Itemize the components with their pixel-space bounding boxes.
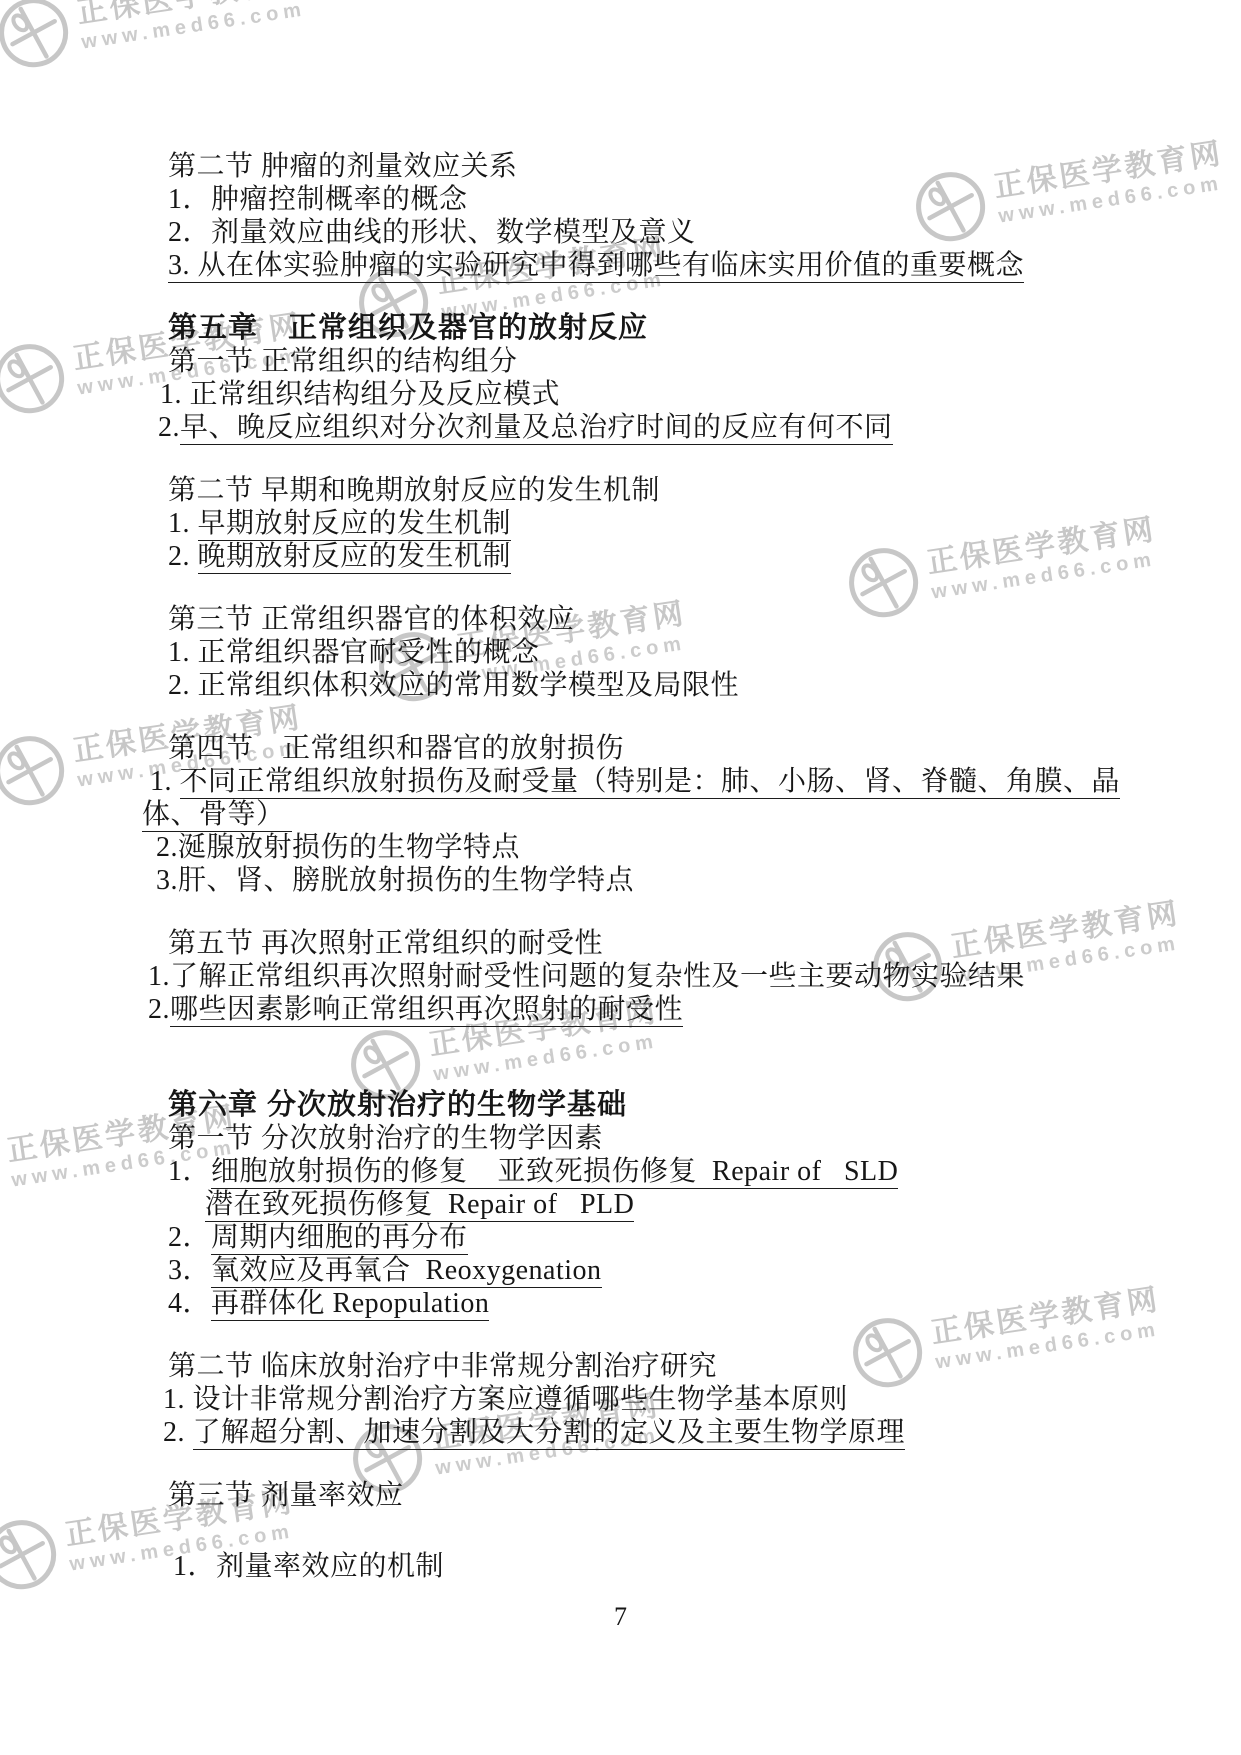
line-text: 早期放射反应的发生机制	[198, 508, 512, 541]
document-lines: 第二节 肿瘤的剂量效应关系1．肿瘤控制概率的概念2．剂量效应曲线的形状、数学模型…	[0, 0, 1241, 1583]
document-page: 正保医学教育网www.med66.com 正保医学教育网www.med66.co…	[0, 0, 1241, 1755]
line-text: 剂量率效应的机制	[216, 1551, 444, 1582]
toc-item: 2.哪些因素影响正常组织再次照射的耐受性	[148, 993, 1201, 1026]
line-text: 涎腺放射损伤的生物学特点	[178, 832, 520, 863]
item-number: 2.	[158, 412, 180, 443]
section-heading: 第三节 正常组织器官的体积效应	[168, 603, 1201, 636]
line-text: 早、晚反应组织对分次剂量及总治疗时间的反应有何不同	[180, 412, 893, 445]
paragraph-gap	[168, 702, 1201, 732]
toc-item: 体、骨等）	[142, 798, 1201, 831]
line-text: 第二节 早期和晚期放射反应的发生机制	[168, 475, 660, 506]
line-text: 不同正常组织放射损伤及耐受量（特别是：肺、小肠、肾、脊髓、角膜、晶	[180, 766, 1121, 799]
line-text: 第二节 临床放射治疗中非常规分割治疗研究	[168, 1351, 717, 1382]
line-text: 晚期放射反应的发生机制	[198, 541, 512, 574]
item-number: 2.	[163, 1417, 193, 1448]
toc-item: 1. 正常组织结构组分及反应模式	[160, 378, 1201, 411]
line-text: 体、骨等）	[142, 799, 292, 832]
line-text: 肝、肾、膀胱放射损伤的生物学特点	[178, 865, 634, 896]
line-text: 正常组织器官耐受性的概念	[198, 637, 540, 668]
item-number: 2．	[168, 217, 211, 248]
line-text: 第六章 分次放射治疗的生物学基础	[168, 1089, 627, 1121]
line-text: 3. 从在体实验肿瘤的实验研究中得到哪些有临床实用价值的重要概念	[168, 250, 1024, 283]
item-number: 1．	[168, 184, 211, 215]
line-text: 氧效应及再氧合 Reoxygenation	[211, 1255, 602, 1288]
item-number: 2.	[168, 541, 198, 572]
toc-item: 4．再群体化 Repopulation	[168, 1287, 1201, 1320]
chapter-heading: 第五章 正常组织及器官的放射反应	[168, 312, 1201, 345]
item-number: 1.	[168, 637, 198, 668]
line-text: 第二节 肿瘤的剂量效应关系	[168, 151, 518, 182]
line-text: 第五节 再次照射正常组织的耐受性	[168, 928, 603, 959]
item-number: 1.	[160, 379, 190, 410]
line-text: 正常组织体积效应的常用数学模型及局限性	[198, 670, 740, 701]
line-text: 周期内细胞的再分布	[211, 1222, 468, 1255]
section-heading: 第二节 临床放射治疗中非常规分割治疗研究	[168, 1350, 1201, 1383]
line-text: 第四节 正常组织和器官的放射损伤	[168, 733, 624, 764]
line-text: 潜在致死损伤修复 Repair of PLD	[205, 1189, 634, 1222]
item-number: 2．	[168, 1222, 211, 1253]
toc-item: 1．肿瘤控制概率的概念	[168, 183, 1201, 216]
item-number: 1.	[150, 766, 180, 797]
toc-item: 2. 了解超分割、加速分割及大分割的定义及主要生物学原理	[163, 1416, 1201, 1449]
toc-item: 2. 正常组织体积效应的常用数学模型及局限性	[168, 669, 1201, 702]
toc-item: 2．剂量效应曲线的形状、数学模型及意义	[168, 216, 1201, 249]
toc-item: 1．剂量率效应的机制	[173, 1550, 1201, 1583]
section-heading: 第二节 早期和晚期放射反应的发生机制	[168, 474, 1201, 507]
toc-item: 2. 晚期放射反应的发生机制	[168, 540, 1201, 573]
toc-item: 2.早、晚反应组织对分次剂量及总治疗时间的反应有何不同	[158, 411, 1201, 444]
paragraph-gap	[168, 1512, 1201, 1550]
toc-item: 3. 从在体实验肿瘤的实验研究中得到哪些有临床实用价值的重要概念	[168, 249, 1201, 282]
toc-item: 1. 不同正常组织放射损伤及耐受量（特别是：肺、小肠、肾、脊髓、角膜、晶	[150, 765, 1201, 798]
toc-item: 1. 早期放射反应的发生机制	[168, 507, 1201, 540]
toc-item: 1．细胞放射损伤的修复 亚致死损伤修复 Repair of SLD	[168, 1155, 1201, 1188]
paragraph-gap	[168, 1449, 1201, 1479]
line-text: 细胞放射损伤的修复 亚致死损伤修复 Repair of SLD	[211, 1156, 898, 1189]
toc-item: 2.涎腺放射损伤的生物学特点	[156, 831, 1201, 864]
line-text: 第三节 剂量率效应	[168, 1480, 404, 1511]
line-text: 第一节 分次放射治疗的生物学因素	[168, 1123, 603, 1154]
item-number: 2.	[168, 670, 198, 701]
paragraph-gap	[168, 897, 1201, 927]
page-number: 7	[0, 1602, 1241, 1632]
item-number: 1.	[168, 508, 198, 539]
line-text: 肿瘤控制概率的概念	[211, 184, 468, 215]
line-text: 第三节 正常组织器官的体积效应	[168, 604, 575, 635]
toc-item: 3．氧效应及再氧合 Reoxygenation	[168, 1254, 1201, 1287]
item-number: 1．	[168, 1156, 211, 1187]
paragraph-gap	[168, 573, 1201, 603]
item-number: 1.	[163, 1384, 193, 1415]
line-text: 正常组织结构组分及反应模式	[190, 379, 561, 410]
item-number: 3.	[156, 865, 178, 896]
item-number: 2.	[156, 832, 178, 863]
toc-item: 2．周期内细胞的再分布	[168, 1221, 1201, 1254]
line-text: 剂量效应曲线的形状、数学模型及意义	[211, 217, 696, 248]
line-text: 了解正常组织再次照射耐受性问题的复杂性及一些主要动物实验结果	[170, 961, 1025, 992]
toc-item: 3.肝、肾、膀胱放射损伤的生物学特点	[156, 864, 1201, 897]
toc-item: 1. 设计非常规分割治疗方案应遵循哪些生物学基本原则	[163, 1383, 1201, 1416]
section-heading: 第一节 正常组织的结构组分	[168, 345, 1201, 378]
item-number: 1．	[173, 1551, 216, 1582]
line-text: 再群体化 Repopulation	[211, 1288, 489, 1321]
item-number: 4．	[168, 1288, 211, 1319]
toc-item: 1. 正常组织器官耐受性的概念	[168, 636, 1201, 669]
section-heading: 第一节 分次放射治疗的生物学因素	[168, 1122, 1201, 1155]
toc-item: 1.了解正常组织再次照射耐受性问题的复杂性及一些主要动物实验结果	[148, 960, 1201, 993]
section-heading: 第四节 正常组织和器官的放射损伤	[168, 732, 1201, 765]
section-heading: 第五节 再次照射正常组织的耐受性	[168, 927, 1201, 960]
item-number: 1.	[148, 961, 170, 992]
toc-item: 潜在致死损伤修复 Repair of PLD	[205, 1188, 1201, 1221]
paragraph-gap	[168, 282, 1201, 312]
paragraph-gap	[168, 1026, 1201, 1089]
line-text: 第一节 正常组织的结构组分	[168, 346, 518, 377]
paragraph-gap	[168, 1320, 1201, 1350]
line-text: 了解超分割、加速分割及大分割的定义及主要生物学原理	[193, 1417, 906, 1450]
section-heading: 第二节 肿瘤的剂量效应关系	[168, 150, 1201, 183]
line-text: 第五章 正常组织及器官的放射反应	[168, 312, 648, 344]
line-text: 哪些因素影响正常组织再次照射的耐受性	[170, 994, 683, 1027]
chapter-heading: 第六章 分次放射治疗的生物学基础	[168, 1089, 1201, 1122]
paragraph-gap	[168, 444, 1201, 474]
item-number: 2.	[148, 994, 170, 1025]
section-heading: 第三节 剂量率效应	[168, 1479, 1201, 1512]
line-text: 设计非常规分割治疗方案应遵循哪些生物学基本原则	[193, 1384, 849, 1415]
item-number: 3．	[168, 1255, 211, 1286]
